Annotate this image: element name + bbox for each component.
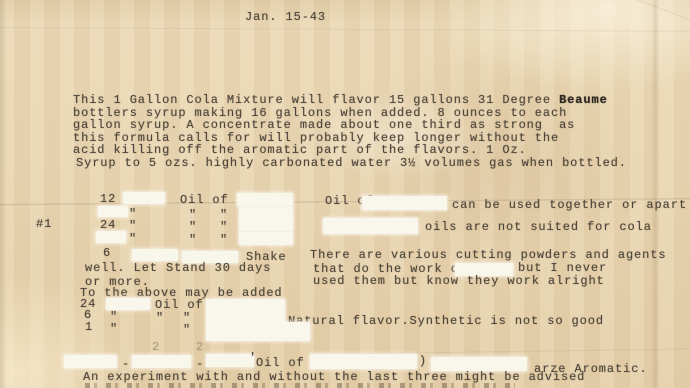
side-note: used them but know they work alright — [313, 275, 605, 287]
formula-note: can be used together or apart — [452, 199, 687, 211]
formula-note: Natural flavor.Synthetic is not so good — [288, 315, 604, 327]
side-note: There are various cutting powders and ag… — [310, 249, 666, 261]
ditto-mark: " — [110, 323, 118, 335]
side-note: but I never — [518, 262, 607, 274]
redaction-box — [237, 193, 293, 206]
redaction-box — [239, 207, 293, 219]
ditto-mark: " — [189, 221, 197, 233]
redaction-box — [239, 219, 293, 231]
intro-line-1: This 1 Gallon Cola Mixture will flavor 1… — [73, 94, 608, 106]
paren-mark: ) — [419, 355, 427, 367]
paper-edge-left — [0, 0, 7, 388]
horizontal-crease-top — [0, 27, 690, 33]
ditto-mark: " — [189, 234, 197, 246]
redaction-box — [206, 322, 310, 341]
redaction-box — [96, 231, 126, 243]
redaction-box — [206, 354, 254, 367]
redaction-box — [132, 355, 191, 368]
item-number-label: #1 — [36, 218, 52, 230]
oil-of-label: Oil of — [155, 299, 204, 311]
intro-line-3: gallon syrup. A concentrate made about o… — [73, 119, 575, 131]
redaction-box — [123, 192, 165, 204]
quantity-value: 24 — [100, 219, 116, 231]
ditto-mark: " — [129, 220, 137, 232]
cut-off-text-line — [85, 383, 515, 388]
quantity-value: 6 — [103, 247, 111, 259]
ditto-mark: " — [220, 234, 228, 246]
redaction-box — [310, 354, 417, 369]
redaction-box — [106, 298, 150, 310]
scanned-document-page: Jan. 15-43 This 1 Gallon Cola Mixture wi… — [0, 0, 690, 388]
instruction-text: well. Let Stand 30 days — [85, 262, 271, 274]
quantity-value: 12 — [100, 193, 116, 205]
ditto-mark: " — [156, 312, 164, 324]
redaction-box — [323, 218, 418, 234]
redaction-box — [206, 299, 285, 322]
quantity-value: 1 — [85, 321, 93, 333]
dash-mark: - — [122, 358, 130, 370]
faint-mark: 2 — [196, 341, 204, 353]
redaction-box — [431, 357, 527, 371]
ditto-mark: " — [220, 221, 228, 233]
redaction-box — [239, 232, 293, 245]
intro-line-5: acid killing off the aromatic part of th… — [73, 144, 527, 156]
redaction-box — [132, 249, 178, 261]
date-heading: Jan. 15-43 — [245, 11, 326, 23]
diagonal-crease-top-right — [580, 0, 690, 40]
oil-of-label: Oil of — [256, 357, 305, 369]
ditto-mark: " — [129, 233, 137, 245]
vertical-crease-right — [651, 0, 660, 388]
closing-remark: An experiment with and without the last … — [83, 371, 585, 383]
redaction-box — [98, 206, 128, 217]
formula-note: oils are not suited for cola — [425, 221, 652, 233]
faint-mark: 2 — [152, 341, 160, 353]
intro-line-6: Syrup to 5 ozs. highly carbonated water … — [76, 157, 627, 169]
redaction-box — [64, 355, 117, 368]
dash-mark: - — [196, 358, 204, 370]
redaction-box — [362, 196, 447, 210]
intro-line-1-text: This 1 Gallon Cola Mixture will flavor 1… — [73, 93, 559, 107]
intro-line-1-bold-word: Beaume — [559, 93, 608, 107]
ditto-mark: " — [183, 324, 191, 336]
oil-of-label: Oil of — [180, 194, 229, 206]
